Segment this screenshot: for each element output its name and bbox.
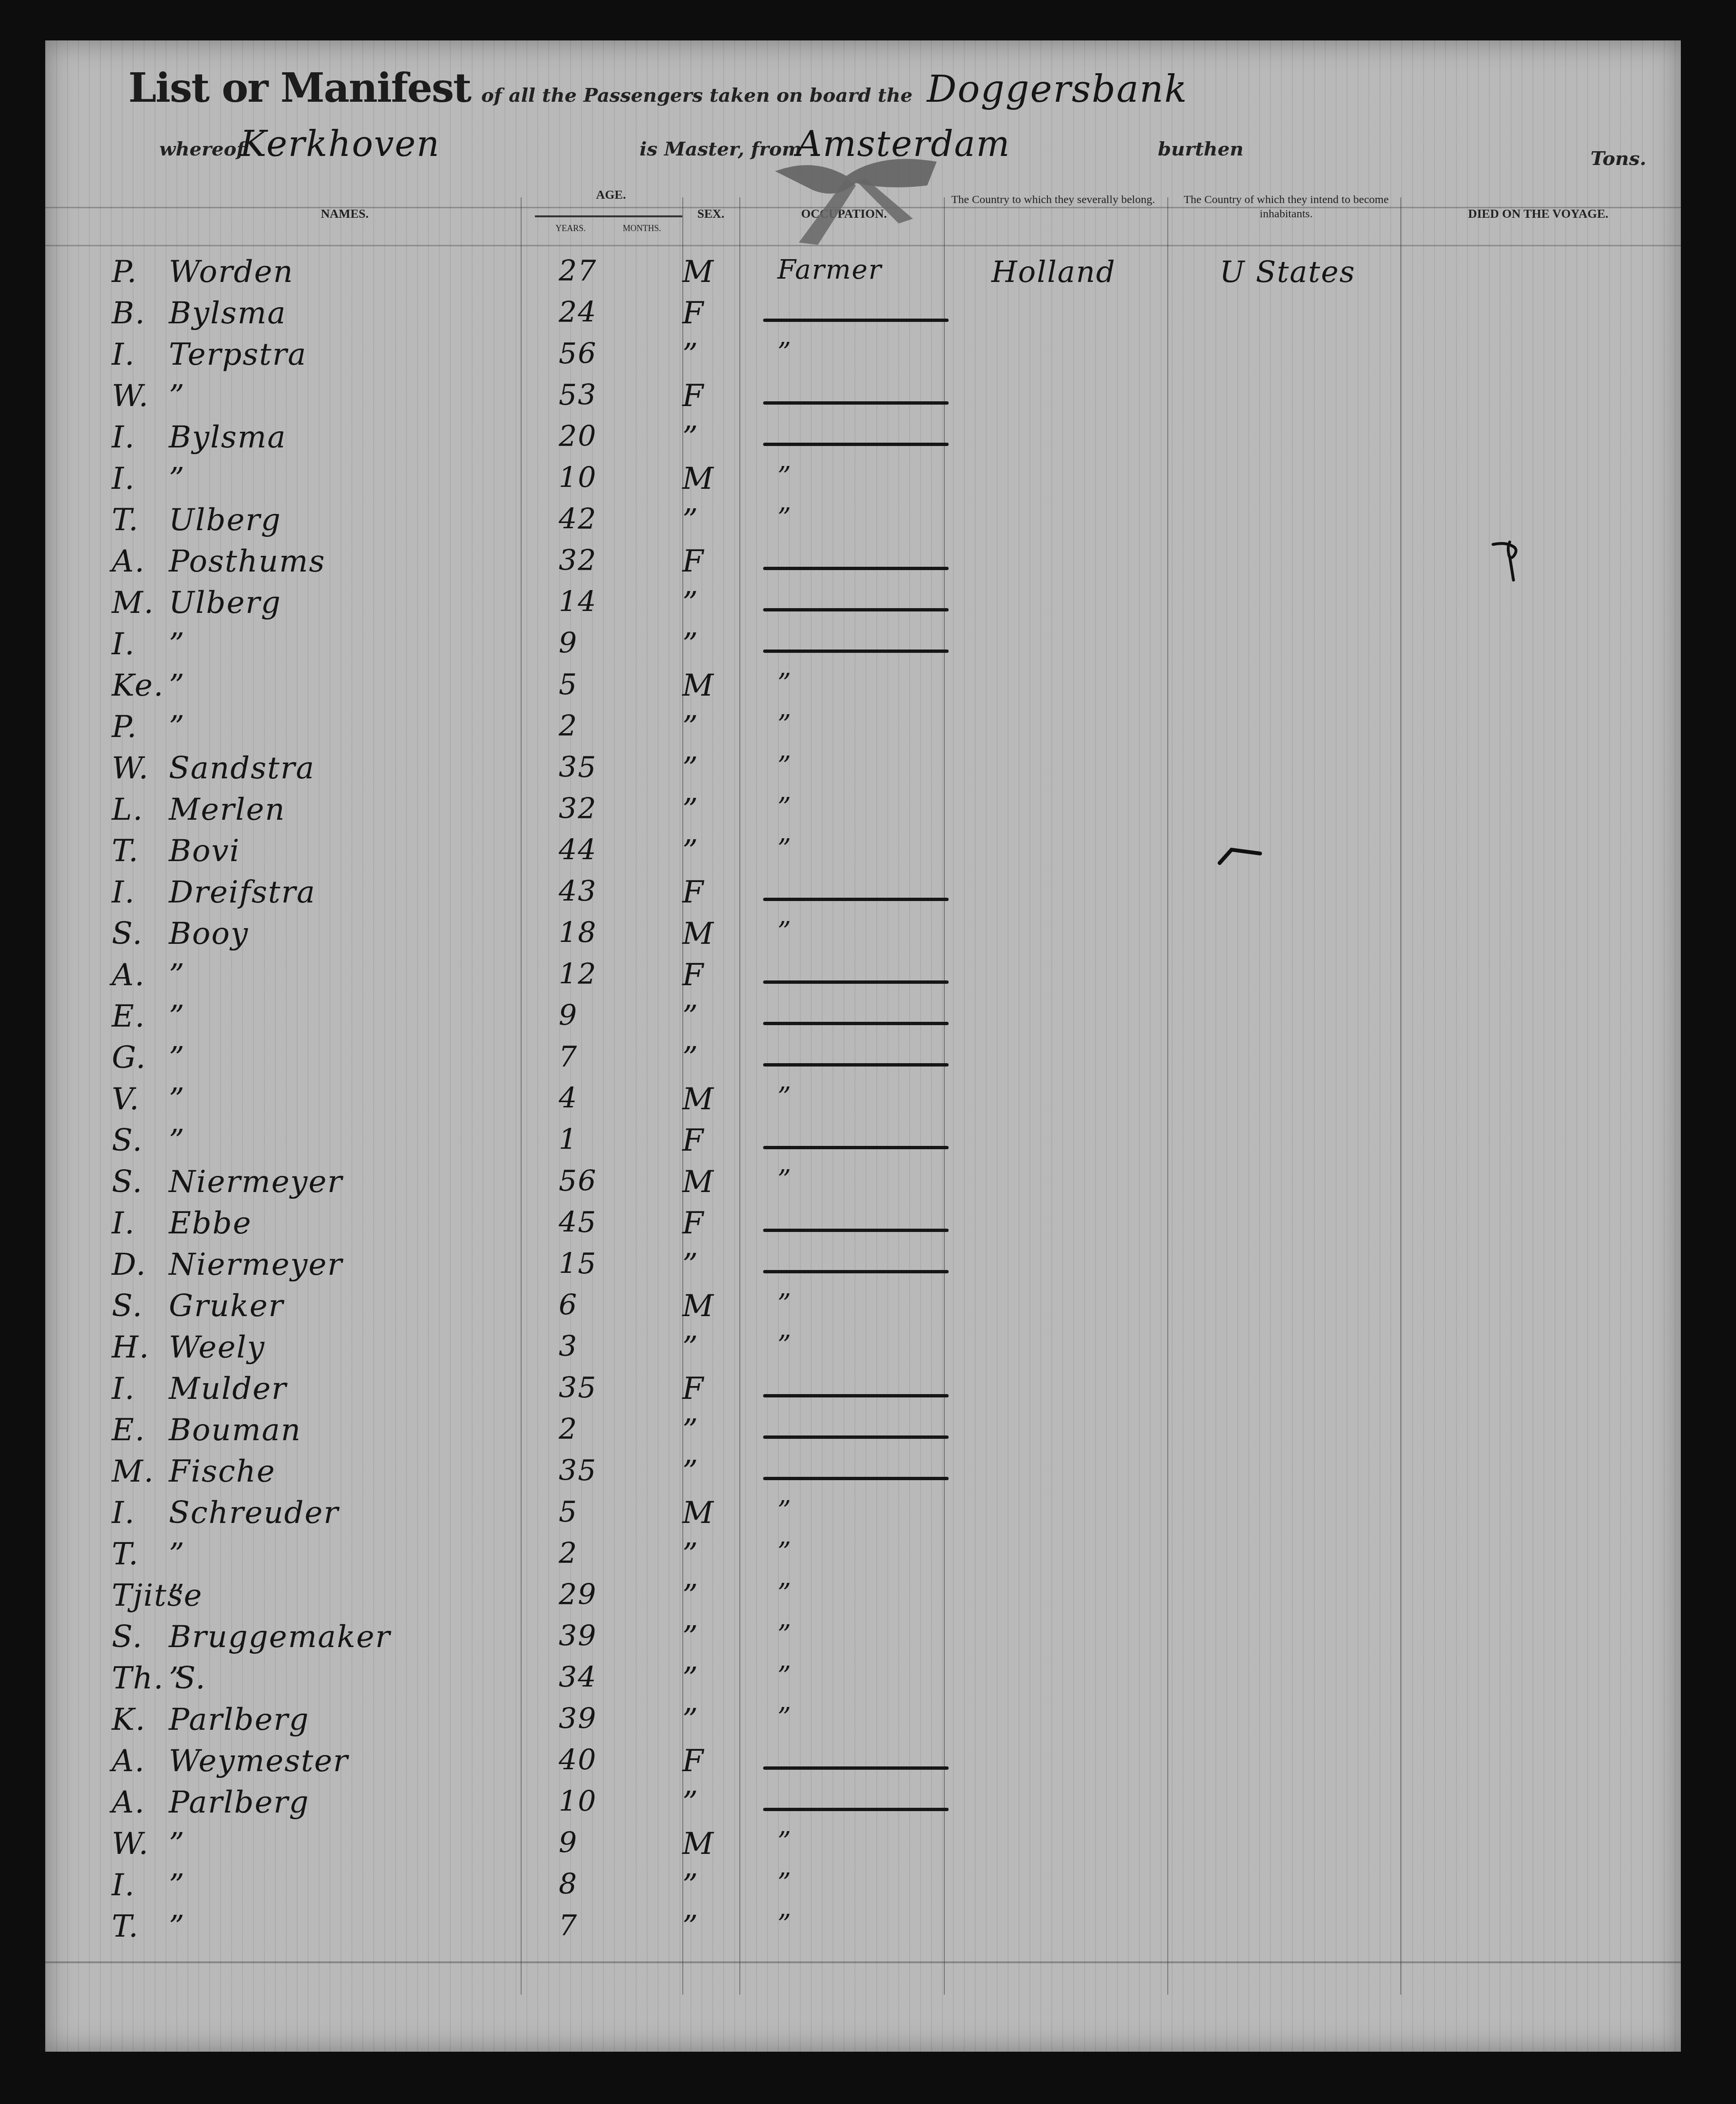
passenger-age: 7 [559,1909,578,1942]
passenger-surname: Fische [169,1454,276,1489]
passenger-surname: ” [169,378,185,414]
passenger-row: W. ” 9 M ” [45,1826,1681,1868]
passenger-row: D. Niermeyer 15 ” [45,1247,1681,1289]
manifest-title: List or Manifest [128,64,471,111]
passenger-surname: ” [169,1578,185,1613]
passenger-age: 5 [559,1495,578,1529]
passenger-occupation: ” [777,1289,792,1319]
passenger-row: S. Booy 18 M ” [45,916,1681,958]
passenger-initial: E. [112,1413,145,1448]
passenger-surname: ” [169,668,185,703]
passenger-age: 32 [559,792,597,825]
passenger-sex: ” [682,1619,699,1655]
ditto-dash [763,319,949,322]
passenger-occupation: ” [777,1661,792,1692]
passenger-sex: F [682,875,704,910]
passenger-row: I. ” 8 ” ” [45,1868,1681,1909]
passenger-occupation: ” [777,503,792,533]
passenger-sex: ” [682,1454,699,1489]
passenger-initial: I. [112,1868,136,1903]
passenger-initial: I. [112,875,136,910]
header-sex: SEX. [682,207,739,221]
passenger-row: V. ” 4 M ” [45,1082,1681,1123]
passenger-surname: Ebbe [169,1206,252,1241]
passenger-initial: T. [112,834,139,869]
ditto-dash [763,443,949,446]
passenger-age: 2 [559,1413,578,1446]
burthen-label: burthen [1158,138,1243,160]
passenger-surname: ” [169,1868,185,1903]
passenger-row: Tjitse ” 29 ” ” [45,1578,1681,1619]
passenger-initial: I. [112,337,136,372]
manifest-title-line: List or Manifest of all the Passengers t… [128,64,1188,111]
passenger-surname: Sandstra [169,751,315,786]
passenger-surname: ” [169,709,185,745]
passenger-initial: M. [112,585,155,621]
passenger-initial: S. [112,1164,143,1200]
passenger-age: 12 [559,958,597,991]
passenger-occupation: ” [777,1578,792,1609]
passenger-surname: ” [169,1537,185,1572]
passenger-age: 45 [559,1206,597,1239]
passenger-age: 7 [559,1040,578,1074]
passenger-initial: E. [112,999,145,1034]
passenger-occupation: ” [777,834,792,864]
passenger-sex: ” [682,1413,699,1448]
passenger-sex: ” [682,1040,699,1076]
passenger-surname: Schreuder [169,1495,339,1531]
passenger-initial: S. [112,1123,143,1158]
manifest-title-rest: of all the Passengers taken on board the [481,84,912,107]
passenger-initial: V. [112,1082,140,1117]
passenger-initial: H. [112,1330,150,1365]
passenger-row: I. Schreuder 5 M ” [45,1495,1681,1537]
passenger-occupation: ” [777,1702,792,1733]
passenger-row: A. ” 12 F [45,958,1681,999]
passenger-age: 24 [559,296,597,329]
header-names: NAMES. [273,207,416,221]
passenger-occupation: ” [777,668,792,699]
passenger-age: 18 [559,916,597,950]
ditto-dash [763,1477,949,1480]
passenger-age: 6 [559,1289,578,1322]
passenger-destination: U States [1220,254,1356,289]
passenger-initial: Ke. [112,668,164,703]
passenger-initial: A. [112,544,145,579]
passenger-surname: Bouman [169,1413,301,1448]
passenger-row: I. ” 9 ” [45,627,1681,668]
passenger-sex: ” [682,1578,699,1613]
passenger-row: K. Parlberg 39 ” ” [45,1702,1681,1744]
passenger-row: I. Ebbe 45 F [45,1206,1681,1247]
passenger-age: 43 [559,875,597,908]
vessel-name: Doggersbank [927,68,1188,111]
passenger-surname: Gruker [169,1289,284,1324]
passenger-surname: Ulberg [169,585,281,621]
passenger-surname: ” [169,999,185,1034]
passenger-sex: F [682,1744,704,1779]
passenger-occupation: ” [777,1909,792,1940]
passenger-age: 39 [559,1702,597,1736]
passenger-surname: Bylsma [169,420,286,455]
passenger-initial: S. [112,1289,143,1324]
passenger-occupation: ” [777,709,792,740]
passenger-sex: ” [682,420,699,455]
passenger-sex: ” [682,1785,699,1820]
passenger-initial: I. [112,1371,136,1406]
passenger-surname: Weymester [169,1744,349,1779]
passenger-surname: ” [169,1826,185,1862]
passenger-row: S. Niermeyer 56 M ” [45,1164,1681,1206]
ditto-dash [763,1435,949,1439]
passenger-age: 10 [559,1785,597,1818]
passenger-surname: Bruggemaker [169,1619,391,1655]
ditto-dash [763,1229,949,1232]
passenger-row: T. ” 7 ” ” [45,1909,1681,1950]
passenger-surname: ” [169,1909,185,1944]
passenger-occupation: ” [777,1619,792,1650]
passenger-sex: ” [682,1909,699,1944]
passenger-row: S. Gruker 6 M ” [45,1289,1681,1330]
passenger-occupation: ” [777,1164,792,1195]
passenger-sex: M [682,1082,715,1117]
passenger-sex: F [682,1206,704,1241]
passenger-sex: ” [682,1702,699,1737]
passenger-initial: A. [112,958,145,993]
passenger-row: L. Merlen 32 ” ” [45,792,1681,834]
passenger-row: I. Mulder 35 F [45,1371,1681,1413]
passenger-initial: W. [112,751,149,786]
passenger-sex: ” [682,751,699,786]
passenger-row: I. Bylsma 20 ” [45,420,1681,461]
passenger-occupation: ” [777,1826,792,1857]
passenger-age: 9 [559,1826,578,1860]
passenger-row: A. Weymester 40 F [45,1744,1681,1785]
ditto-dash [763,1146,949,1149]
passenger-sex: ” [682,792,699,827]
passenger-surname: Worden [169,254,294,290]
passenger-sex: F [682,1123,704,1158]
passenger-row: I. Terpstra 56 ” ” [45,337,1681,378]
passenger-initial: I. [112,1206,136,1241]
passenger-occupation: ” [777,916,792,947]
passenger-sex: M [682,461,715,496]
tons-label: Tons. [1591,147,1646,170]
passenger-age: 4 [559,1082,578,1115]
passenger-age: 35 [559,1371,597,1405]
passenger-surname: Parlberg [169,1785,310,1820]
passenger-initial: P. [112,254,137,290]
manifest-page: List or Manifest of all the Passengers t… [45,40,1681,2052]
passenger-sex: M [682,1495,715,1531]
passenger-surname: Terpstra [169,337,307,372]
passenger-sex: ” [682,1330,699,1365]
passenger-sex: ” [682,834,699,869]
passenger-occupation: ” [777,337,792,368]
passenger-sex: M [682,1289,715,1324]
passenger-surname: Posthums [169,544,326,579]
passenger-initial: B. [112,296,145,331]
passenger-surname: ” [169,1123,185,1158]
passenger-row: T. Bovi 44 ” ” [45,834,1681,875]
ink-blot-icon [1215,844,1267,868]
passenger-age: 15 [559,1247,597,1280]
passenger-initial: Th. S. [112,1661,206,1696]
passenger-initial: W. [112,378,149,414]
passenger-row: A. Posthums 32 F [45,544,1681,585]
ditto-dash [763,567,949,570]
passenger-surname: Parlberg [169,1702,310,1737]
ditto-dash [763,1394,949,1397]
passenger-age: 5 [559,668,578,701]
passenger-row: B. Bylsma 24 F [45,296,1681,337]
header-age: AGE. [568,188,654,202]
passenger-sex: M [682,254,715,290]
passenger-age: 2 [559,1537,578,1570]
page-bottom-rule [45,1961,1681,1963]
ditto-dash [763,898,949,901]
passenger-initial: L. [112,792,144,827]
passenger-row: S. Bruggemaker 39 ” ” [45,1619,1681,1661]
passenger-occupation: ” [777,1330,792,1361]
ditto-dash [763,980,949,984]
passenger-sex: ” [682,999,699,1034]
passenger-surname: ” [169,958,185,993]
passenger-initial: A. [112,1785,145,1820]
passenger-surname: Bylsma [169,296,286,331]
ditto-dash [763,608,949,611]
passenger-sex: M [682,668,715,703]
ditto-dash [763,1022,949,1025]
ditto-dash [763,650,949,653]
ditto-dash [763,1063,949,1067]
passenger-row: I. ” 10 M ” [45,461,1681,503]
passenger-sex: M [682,1826,715,1862]
passenger-initial: I. [112,461,136,496]
passenger-row: T. Ulberg 42 ” ” [45,503,1681,544]
passenger-occupation: ” [777,751,792,782]
header-years: YEARS. [535,221,606,235]
passenger-surname: Ulberg [169,503,281,538]
passenger-initial: Tjitse [112,1578,203,1613]
passenger-initial: S. [112,1619,143,1655]
passenger-initial: D. [112,1247,146,1282]
passenger-initial: G. [112,1040,146,1076]
passenger-surname: ” [169,1661,185,1696]
passenger-row: P. Worden 27 M Farmer Holland U States [45,254,1681,296]
passenger-sex: ” [682,503,699,538]
passenger-sex: ” [682,1661,699,1696]
passenger-country: Holland [991,254,1116,289]
passenger-row: M. Ulberg 14 ” [45,585,1681,627]
passenger-row: S. ” 1 F [45,1123,1681,1164]
header-country-belong: The Country to which they severally belo… [949,193,1158,207]
passenger-age: 32 [559,544,597,577]
passenger-occupation: ” [777,1495,792,1526]
passenger-occupation: ” [777,1082,792,1113]
passenger-age: 2 [559,709,578,743]
passenger-initial: I. [112,627,136,662]
passenger-initial: T. [112,503,139,538]
ribbon-bow-icon [756,138,956,247]
passenger-surname: Mulder [169,1371,287,1406]
passenger-initial: I. [112,1495,136,1531]
passenger-occupation: ” [777,1868,792,1899]
passenger-age: 29 [559,1578,597,1611]
passenger-surname: ” [169,1040,185,1076]
ink-mark-icon [1491,537,1524,590]
passenger-surname: ” [169,627,185,662]
passenger-sex: F [682,958,704,993]
whereof-label: whereof [159,138,244,160]
passenger-initial: K. [112,1702,146,1737]
passenger-sex: ” [682,1247,699,1282]
passenger-initial: T. [112,1909,139,1944]
passenger-age: 44 [559,834,597,867]
passenger-row: W. ” 53 F [45,378,1681,420]
passenger-initial: I. [112,420,136,455]
passenger-occupation: ” [777,461,792,492]
passenger-occupation: ” [777,792,792,823]
passenger-initial: W. [112,1826,149,1862]
passenger-age: 14 [559,585,597,619]
passenger-row: P. ” 2 ” ” [45,709,1681,751]
passenger-row: H. Weely 3 ” ” [45,1330,1681,1371]
header-country-intend: The Country of which they intend to beco… [1177,193,1396,221]
passenger-row: Ke. ” 5 M ” [45,668,1681,709]
passenger-age: 3 [559,1330,578,1363]
passenger-sex: ” [682,627,699,662]
passenger-sex: F [682,544,704,579]
passenger-row: E. ” 9 ” [45,999,1681,1040]
passenger-row: G. ” 7 ” [45,1040,1681,1082]
ditto-dash [763,401,949,405]
passenger-row: T. ” 2 ” ” [45,1537,1681,1578]
passenger-initial: P. [112,709,137,745]
passenger-age: 1 [559,1123,578,1156]
passenger-surname: Bovi [169,834,240,869]
passenger-sex: ” [682,585,699,621]
passenger-age: 56 [559,1164,597,1198]
passenger-sex: ” [682,337,699,372]
passenger-row: I. Dreifstra 43 F [45,875,1681,916]
ditto-dash [763,1766,949,1770]
ditto-dash [763,1270,949,1273]
passenger-age: 56 [559,337,597,370]
passenger-sex: F [682,378,704,414]
passenger-surname: Dreifstra [169,875,316,910]
passenger-sex: ” [682,1537,699,1572]
passenger-age: 40 [559,1744,597,1777]
passenger-surname: Niermeyer [169,1247,343,1282]
passenger-sex: F [682,296,704,331]
passenger-age: 20 [559,420,597,453]
passenger-sex: M [682,916,715,951]
passenger-age: 9 [559,999,578,1032]
passenger-age: 27 [559,254,597,288]
passenger-surname: Niermeyer [169,1164,343,1200]
passenger-age: 35 [559,1454,597,1487]
passenger-age: 53 [559,378,597,412]
passenger-surname: ” [169,461,185,496]
passenger-age: 10 [559,461,597,494]
passenger-sex: F [682,1371,704,1406]
passenger-surname: Merlen [169,792,286,827]
passenger-initial: T. [112,1537,139,1572]
master-name: Kerkhoven [240,124,440,165]
passenger-initial: M. [112,1454,155,1489]
age-header-rule [535,215,682,217]
passenger-occupation: ” [777,1537,792,1568]
passenger-age: 9 [559,627,578,660]
passenger-initial: S. [112,916,143,951]
passenger-row: E. Bouman 2 ” [45,1413,1681,1454]
passenger-age: 8 [559,1868,578,1901]
ditto-dash [763,1808,949,1811]
passenger-row: M. Fische 35 ” [45,1454,1681,1495]
passenger-surname: Booy [169,916,249,951]
passenger-initial: A. [112,1744,145,1779]
passenger-sex: M [682,1164,715,1200]
passenger-age: 35 [559,751,597,784]
passenger-occupation: Farmer [777,254,882,285]
passenger-age: 39 [559,1619,597,1653]
passenger-row: A. Parlberg 10 ” [45,1785,1681,1826]
header-died: DIED ON THE VOYAGE. [1410,207,1667,221]
passenger-row: W. Sandstra 35 ” ” [45,751,1681,792]
passenger-surname: ” [169,1082,185,1117]
header-months: MONTHS. [601,221,682,235]
passenger-age: 34 [559,1661,597,1694]
passenger-age: 42 [559,503,597,536]
passenger-surname: Weely [169,1330,265,1365]
passenger-sex: ” [682,1868,699,1903]
passenger-row: Th. S. ” 34 ” ” [45,1661,1681,1702]
passenger-sex: ” [682,709,699,745]
